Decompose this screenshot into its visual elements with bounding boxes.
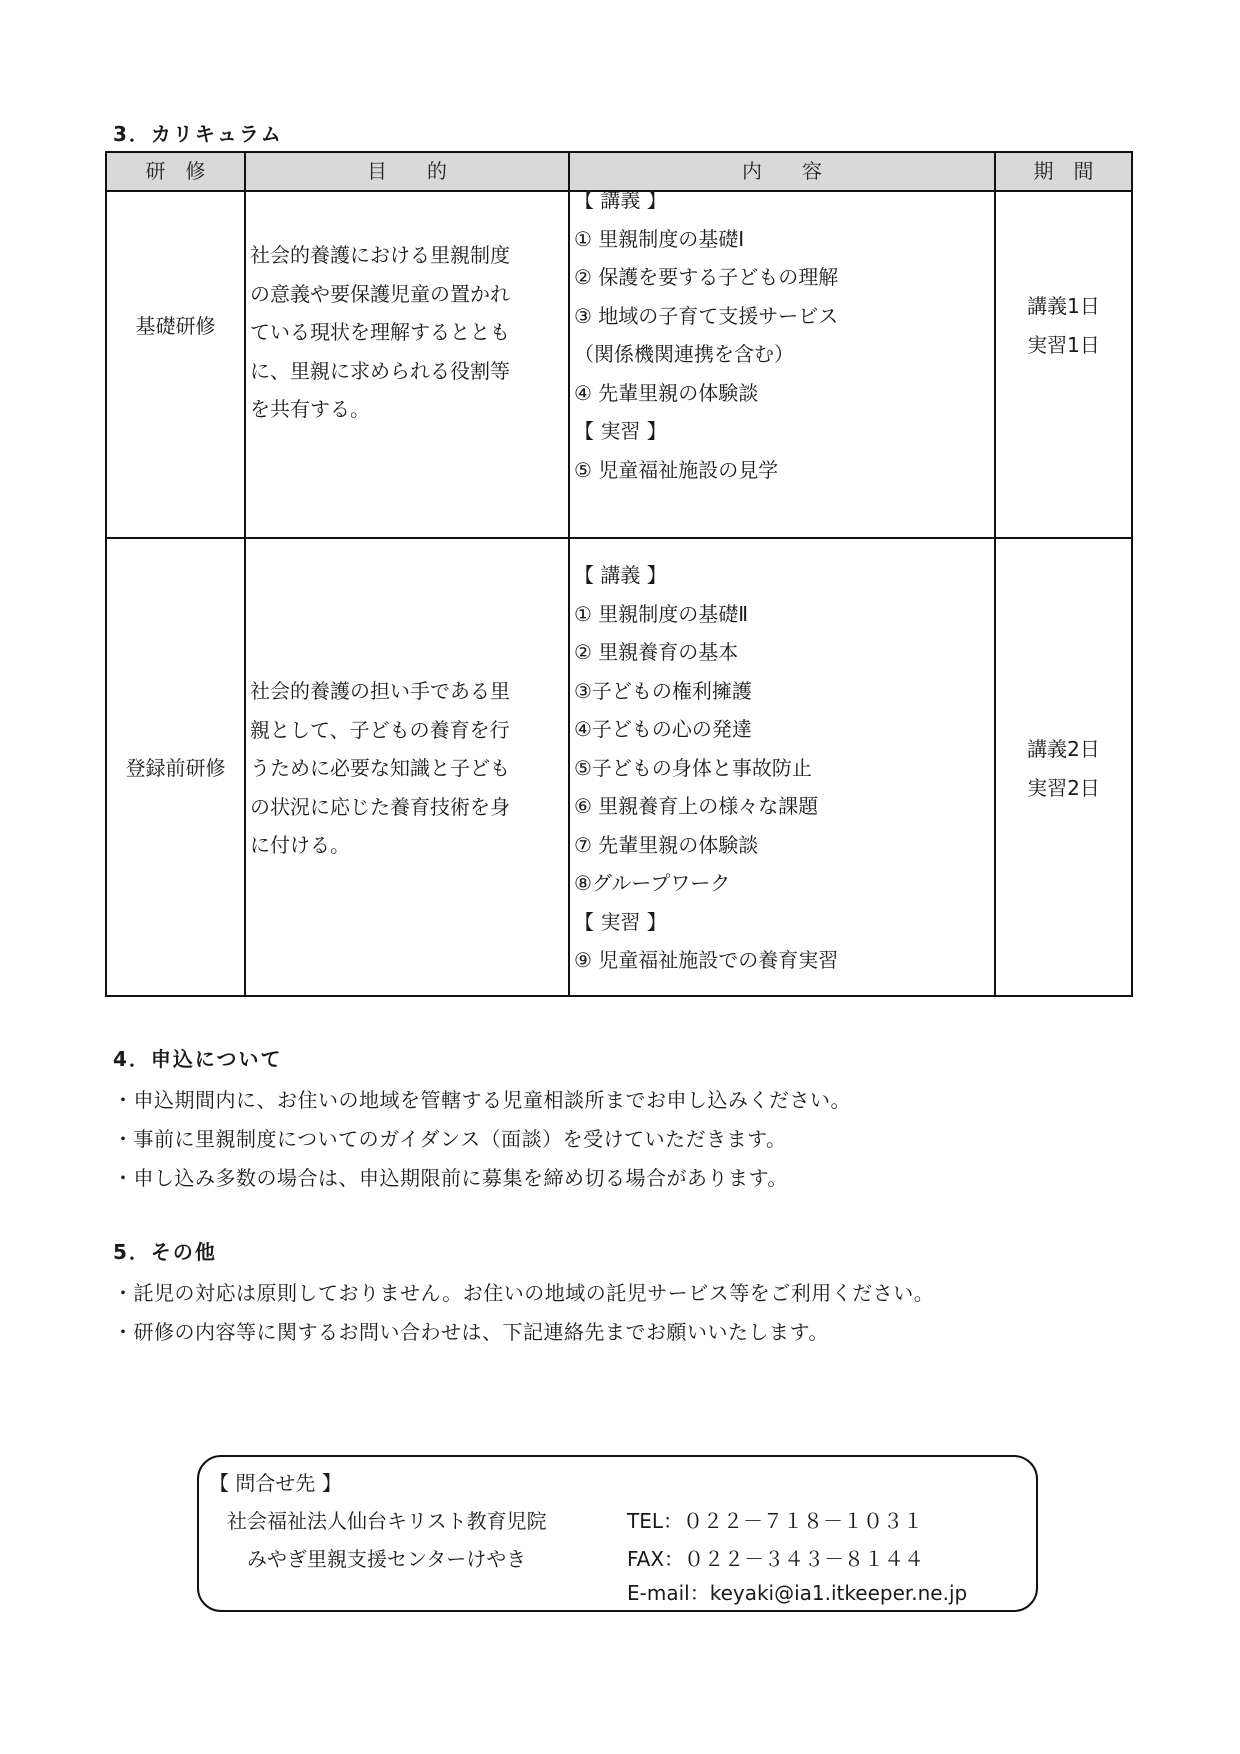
content-item: ② 里親養育の基本 <box>574 633 838 672</box>
purpose-line: に付ける。 <box>250 826 510 865</box>
section3-title: 3．カリキュラム <box>113 118 283 147</box>
content-item: ⑤ 児童福祉施設の見学 <box>574 451 838 490</box>
content-list: 【 講義 】 ① 里親制度の基礎Ⅰ ② 保護を要する子どもの理解 ③ 地域の子育… <box>574 181 838 489</box>
curriculum-table: 研 修 目 的 内 容 期 間 基礎研修 社会的養護における里親制度 の意義や要… <box>105 151 1133 997</box>
content-category-practice: 【 実習 】 <box>574 412 838 451</box>
content-list: 【 講義 】 ① 里親制度の基礎Ⅱ ② 里親養育の基本 ③子どもの権利擁護 ④子… <box>574 556 838 980</box>
column-divider <box>568 153 570 995</box>
content-item: ① 里親制度の基礎Ⅱ <box>574 595 838 634</box>
content-item: ① 里親制度の基礎Ⅰ <box>574 220 838 259</box>
purpose-line: 社会的養護における里親制度 <box>250 236 510 275</box>
purpose-line: に、里親に求められる役割等 <box>250 352 510 391</box>
purpose-line: 社会的養護の担い手である里 <box>250 672 510 711</box>
section4-bullet: ・申し込み多数の場合は、申込期限前に募集を締め切る場合があります。 <box>113 1162 788 1191</box>
purpose-line: の意義や要保護児童の置かれ <box>250 275 510 314</box>
training-name: 登録前研修 <box>107 749 244 788</box>
training-name: 基礎研修 <box>107 307 244 346</box>
contact-tel: TEL：０２２－７１８－１０３１ <box>627 1505 923 1534</box>
period-text: 講義2日 実習2日 <box>996 730 1131 807</box>
header-period: 期 間 <box>996 153 1131 190</box>
purpose-line: を共有する。 <box>250 390 510 429</box>
period-lecture: 講義2日 <box>996 730 1131 769</box>
content-item: ③子どもの権利擁護 <box>574 672 838 711</box>
contact-email: E-mail：keyaki@ia1.itkeeper.ne.jp <box>627 1577 967 1606</box>
header-purpose: 目 的 <box>246 153 568 190</box>
section5-bullet: ・研修の内容等に関するお問い合わせは、下記連絡先までお願いいたします。 <box>113 1316 829 1345</box>
contact-fax: FAX：０２２－３４３－８１４４ <box>627 1543 924 1572</box>
content-category-lecture: 【 講義 】 <box>574 556 838 595</box>
period-practice: 実習1日 <box>996 326 1131 365</box>
section5-title: 5．その他 <box>113 1236 217 1265</box>
column-divider <box>994 153 996 995</box>
purpose-line: ている現状を理解するととも <box>250 313 510 352</box>
content-category-lecture: 【 講義 】 <box>574 181 838 220</box>
period-lecture: 講義1日 <box>996 287 1131 326</box>
section4-bullet: ・申込期間内に、お住いの地域を管轄する児童相談所までお申し込みください。 <box>113 1084 851 1113</box>
contact-label: 【 問合せ先 】 <box>209 1467 342 1496</box>
period-text: 講義1日 実習1日 <box>996 287 1131 364</box>
content-item: ⑨ 児童福祉施設での養育実習 <box>574 941 838 980</box>
contact-center-name: みやぎ里親支援センターけやき <box>247 1543 526 1572</box>
content-item: ③ 地域の子育て支援サービス <box>574 297 838 336</box>
content-category-practice: 【 実習 】 <box>574 903 838 942</box>
content-item: ② 保護を要する子どもの理解 <box>574 258 838 297</box>
row-divider <box>107 537 1131 539</box>
purpose-line: の状況に応じた養育技術を身 <box>250 788 510 827</box>
column-divider <box>244 153 246 995</box>
contact-organization: 社会福祉法人仙台キリスト教育児院 <box>227 1505 547 1534</box>
purpose-text: 社会的養護における里親制度 の意義や要保護児童の置かれ ている現状を理解するとと… <box>250 236 510 429</box>
content-item: ⑦ 先輩里親の体験談 <box>574 826 838 865</box>
section4-bullet: ・事前に里親制度についてのガイダンス（面談）を受けていただきます。 <box>113 1123 787 1152</box>
section4-title: 4．申込について <box>113 1043 283 1072</box>
header-training: 研 修 <box>107 153 244 190</box>
content-item: ⑥ 里親養育上の様々な課題 <box>574 787 838 826</box>
purpose-text: 社会的養護の担い手である里 親として、子どもの養育を行 うために必要な知識と子ど… <box>250 672 510 865</box>
contact-box: 【 問合せ先 】 社会福祉法人仙台キリスト教育児院 みやぎ里親支援センターけやき… <box>197 1455 1038 1612</box>
purpose-line: 親として、子どもの養育を行 <box>250 711 510 750</box>
period-practice: 実習2日 <box>996 769 1131 808</box>
content-item: ⑤子どもの身体と事故防止 <box>574 749 838 788</box>
section5-bullet: ・託児の対応は原則しておりません。お住いの地域の託児サービス等をご利用ください。 <box>113 1277 934 1306</box>
content-item: ⑧グループワーク <box>574 864 838 903</box>
content-item-note: （関係機関連携を含む） <box>574 335 838 374</box>
content-item: ④子どもの心の発達 <box>574 710 838 749</box>
purpose-line: うために必要な知識と子ども <box>250 749 510 788</box>
content-item: ④ 先輩里親の体験談 <box>574 374 838 413</box>
